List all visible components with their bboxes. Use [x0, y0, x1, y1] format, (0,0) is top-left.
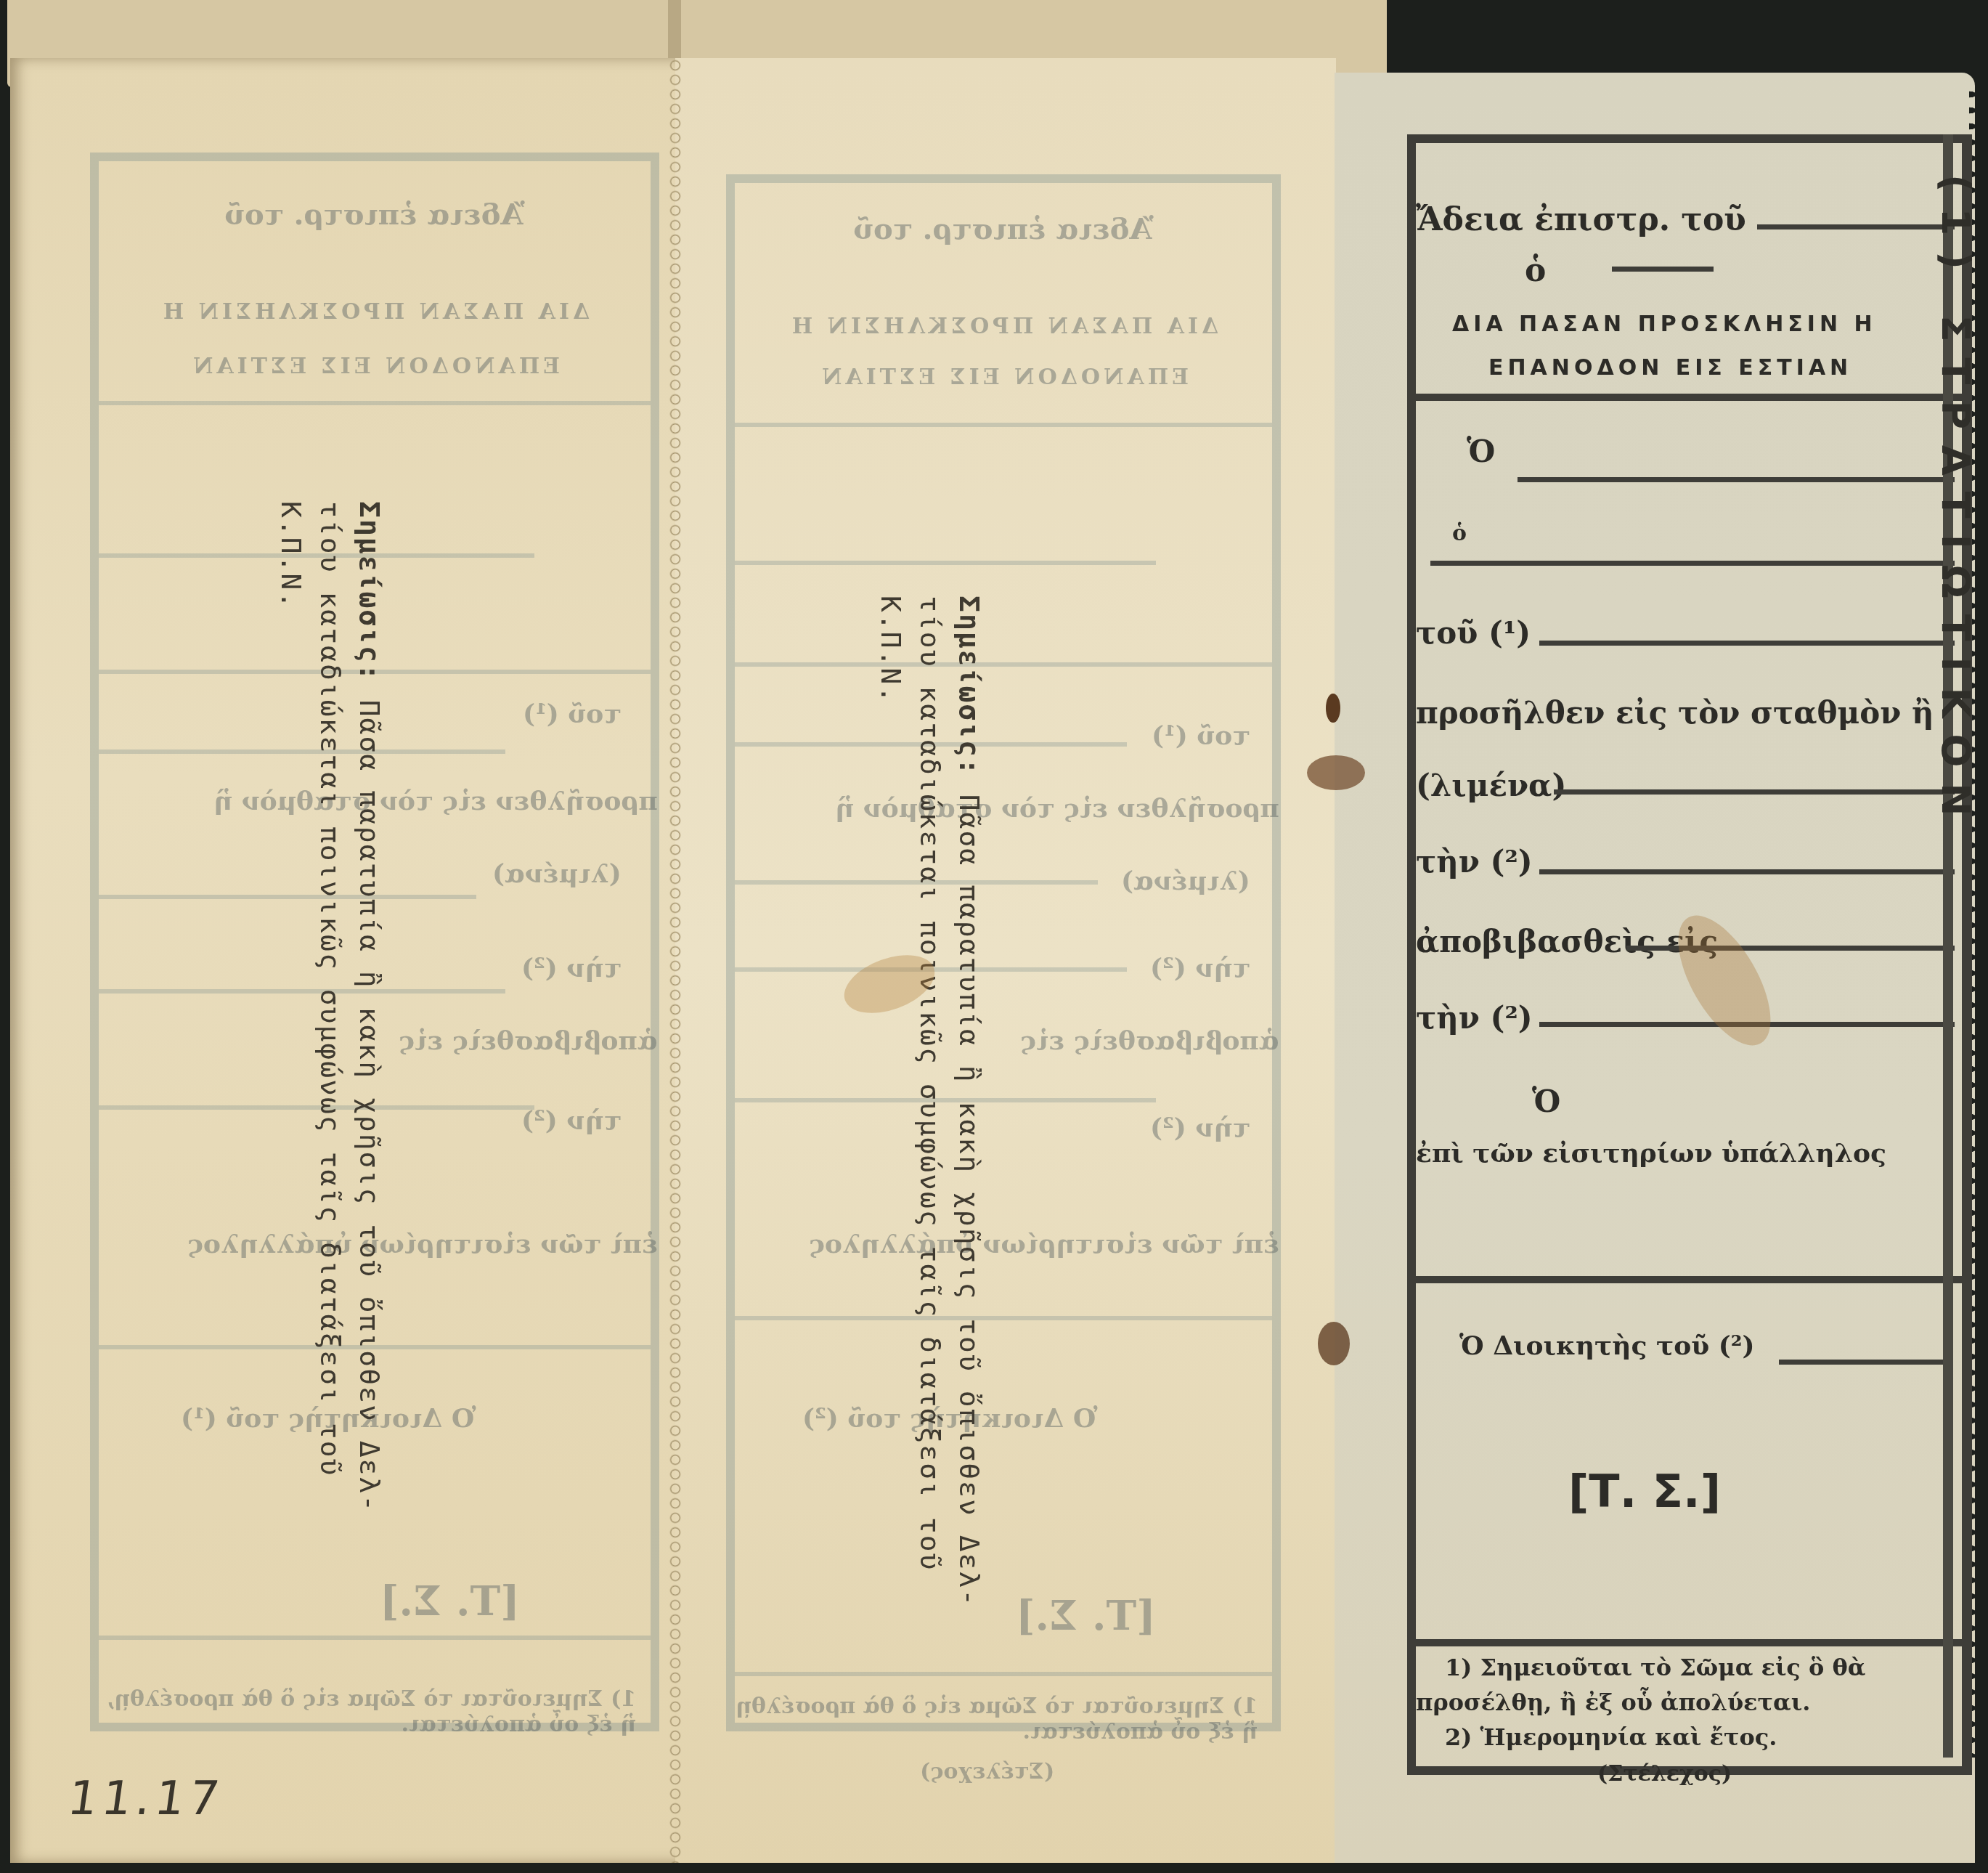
note-lead: Σημείωσις:	[354, 501, 386, 682]
commander-blank	[1779, 1360, 1947, 1365]
ghost-label: ἀποβιβασθεὶς εἰς	[1020, 1025, 1279, 1056]
field-o2-label: ὁ	[1452, 521, 1467, 546]
ghost-heading: Ἄδεια ἐπιστρ. τοῦ	[735, 212, 1272, 246]
ghost-seal: [Τ. Σ.]	[1016, 1592, 1156, 1640]
ghost-label: τὴν (²)	[521, 1105, 622, 1136]
note-line-1: Πᾶσα παρατυπία ἢ κακὴ χρῆσις τοῦ ὄπισθεν…	[354, 700, 386, 1514]
stub-caps-2: ΕΠΑΝΟΔΟΝ ΕΙΣ ΕΣΤΙΑΝ	[1488, 355, 1852, 381]
field-tin1-label: τὴν (²)	[1416, 844, 1533, 879]
ghost-seal: [Τ. Σ.]	[380, 1577, 520, 1625]
perforation-line	[667, 58, 684, 1863]
ghost-line	[735, 561, 1156, 565]
ghost-caps-2: ΕΠΑΝΟΔΟΝ ΕΙΣ ΕΣΤΙΑΝ	[99, 354, 651, 379]
left-leaf: Ἄδεια ἐπιστρ. τοῦ ΔΙΑ ΠΑΣΑΝ ΠΡΟΣΚΛΗΣΙΝ Η…	[10, 58, 685, 1863]
field-tin2-label: τὴν (²)	[1416, 1000, 1533, 1036]
ghost-label: τὴν (²)	[1150, 1113, 1250, 1143]
ghost-label: (λιμένα)	[1121, 866, 1250, 896]
field-tou-blank	[1539, 641, 1955, 646]
stub-title: Ἄδεια ἐπιστρ. τοῦ	[1416, 201, 1746, 238]
ghost-heading: Ἄδεια ἐπιστρ. τοῦ	[99, 198, 651, 232]
stub-sub-blank	[1612, 267, 1714, 272]
ghost-label: ἐπὶ τῶν εἰσιτηρίων ὑπάλληλος	[187, 1229, 658, 1259]
field-limena-blank	[1554, 789, 1955, 795]
middle-leaf: Ἄδεια ἐπιστρ. τοῦ ΔΙΑ ΠΑΣΑΝ ΠΡΟΣΚΛΗΣΙΝ Η…	[675, 58, 1336, 1863]
ghost-rule	[735, 1672, 1272, 1676]
ghost-rule	[735, 1316, 1272, 1320]
ghost-caps-1: ΔΙΑ ΠΑΣΑΝ ΠΡΟΣΚΛΗΣΙΝ Η	[99, 299, 651, 325]
commander-label: Ὁ Διοικητὴς τοῦ (²)	[1459, 1330, 1755, 1361]
field-limena-label: (λιμένα)	[1416, 768, 1566, 803]
ghost-rule	[99, 1636, 651, 1640]
rust-spot	[1307, 755, 1365, 790]
field-proselthen-label: προσῆλθεν εἰς τὸν σταθμὸν ἢ	[1416, 695, 1934, 731]
stub-title-blank	[1757, 224, 1955, 229]
stub-title-sub: ὁ	[1525, 252, 1546, 289]
field-o-label: Ὁ	[1467, 434, 1495, 469]
field-tou-label: τοῦ (¹)	[1416, 615, 1531, 651]
note-line-1: Πᾶσα παρατυπία ἢ κακὴ χρῆσις τοῦ ὄπισθεν…	[953, 795, 985, 1608]
note-line-2: τίου καταδιώκεται ποινικῶς συμφώνως ταῖς…	[275, 501, 346, 1476]
ghost-caption: (Στέλεχος)	[920, 1759, 1054, 1784]
ghost-label: τὴν (²)	[521, 953, 622, 983]
handwritten-number: 11.17	[65, 1772, 227, 1826]
middle-ghost-form: Ἄδεια ἐπιστρ. τοῦ ΔΙΑ ΠΑΣΑΝ ΠΡΟΣΚΛΗΣΙΝ Η…	[726, 174, 1281, 1731]
rust-spot	[1318, 1322, 1350, 1365]
footnote-1b: προσέλθῃ, ἢ ἐξ οὗ ἀπολύεται.	[1416, 1689, 1810, 1716]
ghost-line	[735, 662, 1272, 667]
stub-caps-1: ΔΙΑ ΠΑΣΑΝ ΠΡΟΣΚΛΗΣΙΝ Η	[1452, 312, 1877, 337]
ghost-caps-1: ΔΙΑ ΠΑΣΑΝ ΠΡΟΣΚΛΗΣΙΝ Η	[735, 314, 1272, 339]
note-lead: Σημείωσις:	[953, 596, 985, 776]
ghost-footnote: 1) Σημειοῦται τὸ Σῶμα εἰς ὃ θὰ προσέλθῃ,…	[99, 1686, 636, 1737]
footnote-1a: 1) Σημειοῦται τὸ Σῶμα εἰς ὃ θὰ	[1445, 1654, 1865, 1681]
middle-legal-note: Σημείωσις: Πᾶσα παρατυπία ἢ κακὴ χρῆσις …	[871, 596, 989, 1627]
ghost-label: ἀποβιβασθεὶς εἰς	[399, 1025, 658, 1056]
stub-edge-vertical-text: (1) ΣΤΡΑΤΙΩΤΙΚΟΝ	[1933, 174, 1979, 832]
stub-header-rule	[1416, 394, 1962, 401]
footnote-2: 2) Ἡμερομηνία καὶ ἔτος.	[1445, 1723, 1777, 1751]
ghost-label: τοῦ (¹)	[1152, 720, 1250, 751]
official-seal-mark: [Τ. Σ.]	[1568, 1465, 1721, 1518]
field-o3-label: Ὁ	[1532, 1084, 1560, 1119]
ghost-label: τοῦ (¹)	[523, 699, 622, 729]
ghost-caps-2: ΕΠΑΝΟΔΟΝ ΕΙΣ ΕΣΤΙΑΝ	[735, 365, 1272, 390]
field-clerk-label: ἐπὶ τῶν εἰσιτηρίων ὑπάλληλος	[1416, 1138, 1886, 1169]
stub-caption: (Στέλεχος)	[1597, 1761, 1732, 1787]
ghost-label: (λιμένα)	[492, 858, 622, 889]
stub-foot-rule	[1416, 1639, 1962, 1646]
stub-mid-rule	[1416, 1276, 1962, 1283]
field-tin1-blank	[1539, 869, 1955, 874]
field-apovivastheis-label: ἀποβιβασθεὶς εἰς	[1416, 924, 1718, 959]
field-apovivastheis-blank	[1626, 946, 1955, 951]
ghost-footnote: 1) Σημειοῦται τὸ Σῶμα εἰς ὃ θὰ προσέλθῃ …	[735, 1694, 1258, 1744]
ghost-label: τὴν (²)	[1150, 953, 1250, 983]
rust-spot	[1326, 694, 1340, 723]
note-line-2: τίου καταδιώκεται ποινικῶς συμφώνως ταῖς…	[875, 596, 946, 1571]
left-legal-note: Σημείωσις: Πᾶσα παρατυπία ἢ κακὴ χρῆσις …	[272, 501, 389, 1590]
ghost-rule	[99, 401, 651, 405]
ghost-rule	[735, 423, 1272, 427]
field-o2-blank	[1430, 561, 1955, 566]
field-o-blank	[1518, 477, 1955, 482]
